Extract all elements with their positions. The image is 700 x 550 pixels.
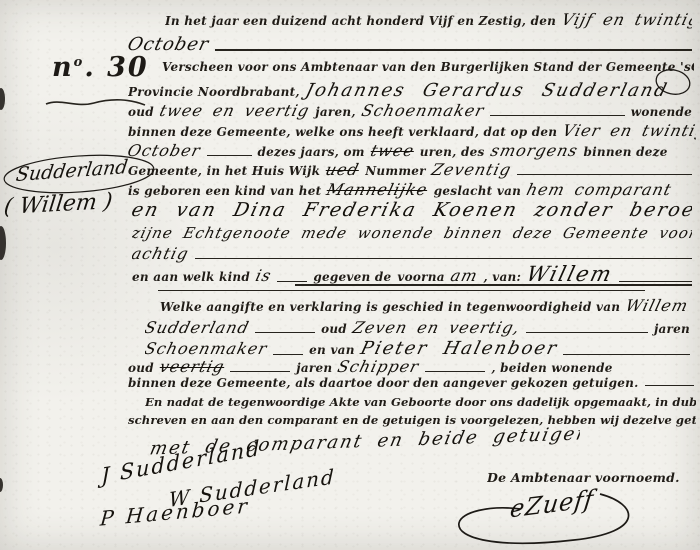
spouse-line-continued: achtig — [132, 244, 692, 263]
witness1-age-handwritten: Zeven en veertig, — [351, 318, 523, 337]
appearance-line: Verscheen voor ons Ambtenaar van den Bur… — [162, 60, 694, 74]
spouse-handwritten: zijne Echtgenoote mede wonende binnen de… — [132, 224, 692, 242]
blank-dash — [230, 371, 290, 372]
wijk-handwritten: ued — [324, 160, 362, 179]
child-name-handwritten: Willem — [524, 262, 616, 286]
gender-handwritten: Mannelijke — [325, 180, 430, 199]
born-child-label: is geboren een kind van het — [128, 184, 321, 198]
scan-artifact — [0, 226, 6, 260]
mother-name-line: en van Dina Frederika Koenen zonder bero… — [132, 199, 692, 221]
birth-month-handwritten: October — [128, 141, 203, 160]
closing-printed-1: En nadat de tegenwoordige Akte van Geboo… — [145, 395, 696, 409]
scan-artifact — [0, 88, 5, 110]
birth-hour-handwritten: twee — [368, 141, 416, 160]
scan-artifact — [0, 478, 3, 492]
of-label: , van: — [483, 270, 521, 284]
blank-dash — [425, 371, 485, 372]
blank-fill-rule — [645, 385, 694, 386]
blank-fill-rule — [490, 115, 625, 116]
closing-line-2: schreven en aan den comparant en de getu… — [128, 413, 696, 427]
both-residing-label: , beiden wonende — [491, 361, 612, 375]
years-label: jaren, — [315, 105, 355, 119]
margin-child-givenname: ( Willem ) — [3, 189, 114, 220]
act-number: no. 30 — [52, 52, 149, 83]
spouse-line: zijne Echtgenoote mede wonende binnen de… — [132, 224, 692, 242]
witness2-occupation-handwritten: Schipper — [336, 357, 422, 376]
birth-certificate-scan: no. 30 Sudderland ( Willem ) In het jaar… — [0, 0, 700, 550]
appearance-printed: Verscheen voor ons Ambtenaar van den Bur… — [162, 60, 694, 74]
spouse-cont-handwritten: achtig — [132, 244, 191, 263]
closing-printed-2: schreven en aan den comparant en de getu… — [128, 413, 696, 427]
witness2-name-handwritten: Pieter Halenboer — [358, 338, 560, 359]
witness-intro-printed: Welke aangifte en verklaring is geschied… — [160, 300, 620, 314]
house-wijk-label: Gemeente, in het Huis Wijk — [128, 164, 320, 178]
declarant-age-line: oud twee en veertig jaren, Schoenmaker w… — [128, 101, 692, 120]
witness2-age-line: oud veertig jaren Schipper , beiden wone… — [128, 357, 690, 376]
age-label: oud — [128, 105, 154, 119]
witness1-occupation-handwritten: Schoenmaker — [145, 339, 270, 358]
blank-fill-rule — [563, 354, 690, 355]
declarant-occupation-handwritten: Schoenmaker — [359, 101, 486, 120]
house-line: Gemeente, in het Huis Wijk ued Nummer Ze… — [128, 160, 692, 179]
within-label: binnen deze — [583, 145, 667, 159]
gender-of-label: geslacht van — [434, 184, 521, 198]
section-divider-rule — [158, 290, 645, 291]
section-divider-rule — [295, 284, 692, 286]
closing-line-1: En nadat de tegenwoordige Akte van Geboo… — [145, 395, 696, 409]
witness-intro-line: Welke aangifte en verklaring is geschied… — [160, 296, 694, 315]
firstname-label: voorna — [397, 270, 444, 284]
province-printed: Provincie Noordbrabant, — [128, 85, 300, 99]
blank-fill-rule — [517, 174, 692, 175]
year-line: In het jaar een duizend acht honderd Vij… — [165, 10, 692, 29]
blank-fill-rule — [619, 281, 692, 282]
blank-fill-rule — [195, 258, 692, 259]
official-title-line: De Ambtenaar voornoemd. — [487, 470, 680, 485]
father-reference-handwritten: hem comparant — [525, 180, 674, 199]
signature-witness3: P Haenboer — [99, 493, 251, 530]
child-gender-line: is geboren een kind van het Mannelijke g… — [128, 180, 692, 199]
year-line-printed: In het jaar een duizend acht honderd Vij… — [165, 14, 556, 28]
blank-dash — [207, 155, 252, 156]
declarant-name-handwritten: Johannes Gerardus Sudderland — [303, 80, 670, 101]
birth-day-handwritten: Vier en twintigsten — [561, 121, 696, 140]
is-handwritten: is — [254, 266, 274, 285]
day-handwritten: Vijf en twintigsten — [560, 10, 692, 29]
birth-time-line: October dezes jaars, om twee uren, des s… — [128, 141, 692, 160]
blank-fill-rule — [215, 49, 692, 51]
declaration-printed: binnen deze Gemeente, welke ons heeft ve… — [128, 125, 557, 139]
witness1-years-label: jaren — [654, 322, 690, 336]
province-line: Provincie Noordbrabant, Johannes Gerardu… — [128, 80, 692, 101]
residing-label: wonende — [631, 105, 692, 119]
witness-residence-printed: binnen deze Gemeente, als daartoe door d… — [128, 376, 639, 390]
given-label: gegeven de — [313, 270, 391, 284]
month-handwritten: October — [128, 34, 211, 55]
month-line: October — [128, 34, 692, 55]
witness2-years-label: jaren — [296, 361, 332, 375]
house-number-handwritten: Zeventig — [429, 160, 513, 179]
number-label: Nummer — [365, 164, 426, 178]
witness2-name-line: Schoenmaker en van Pieter Halenboer — [145, 338, 690, 359]
child-name-line: en aan welk kind is gegeven de voorna am… — [132, 262, 692, 286]
mother-name-handwritten: en van Dina Frederika Koenen zonder bero… — [132, 199, 692, 221]
blank-fill-rule — [526, 332, 648, 333]
firstname-suffix-handwritten: am — [448, 266, 479, 285]
witness1-givenname-handwritten: Willem Sebastiaan — [624, 296, 694, 315]
witness1-age-label: oud — [321, 322, 347, 336]
blank-dash — [273, 354, 303, 355]
hour-suffix-label: uren, des — [420, 145, 485, 159]
witness1-line: Sudderland oud Zeven en veertig, jaren — [145, 318, 690, 337]
witness2-age-label: oud — [128, 361, 154, 375]
hour-label: dezes jaars, om — [258, 145, 365, 159]
child-name-label: en aan welk kind — [132, 270, 250, 284]
witness1-surname-handwritten: Sudderland — [145, 318, 251, 337]
witness2-age-handwritten: veertig — [158, 357, 227, 376]
blank-dash — [277, 281, 307, 282]
official-title-printed: De Ambtenaar voornoemd. — [487, 470, 680, 485]
declarant-age-handwritten: twee en veertig — [158, 101, 312, 120]
declaration-line: binnen deze Gemeente, welke ons heeft ve… — [128, 121, 696, 140]
witness-residence-line: binnen deze Gemeente, als daartoe door d… — [128, 376, 694, 390]
daypart-handwritten: smorgens — [488, 141, 580, 160]
blank-dash — [255, 332, 315, 333]
and-of-label: en van — [309, 343, 355, 357]
